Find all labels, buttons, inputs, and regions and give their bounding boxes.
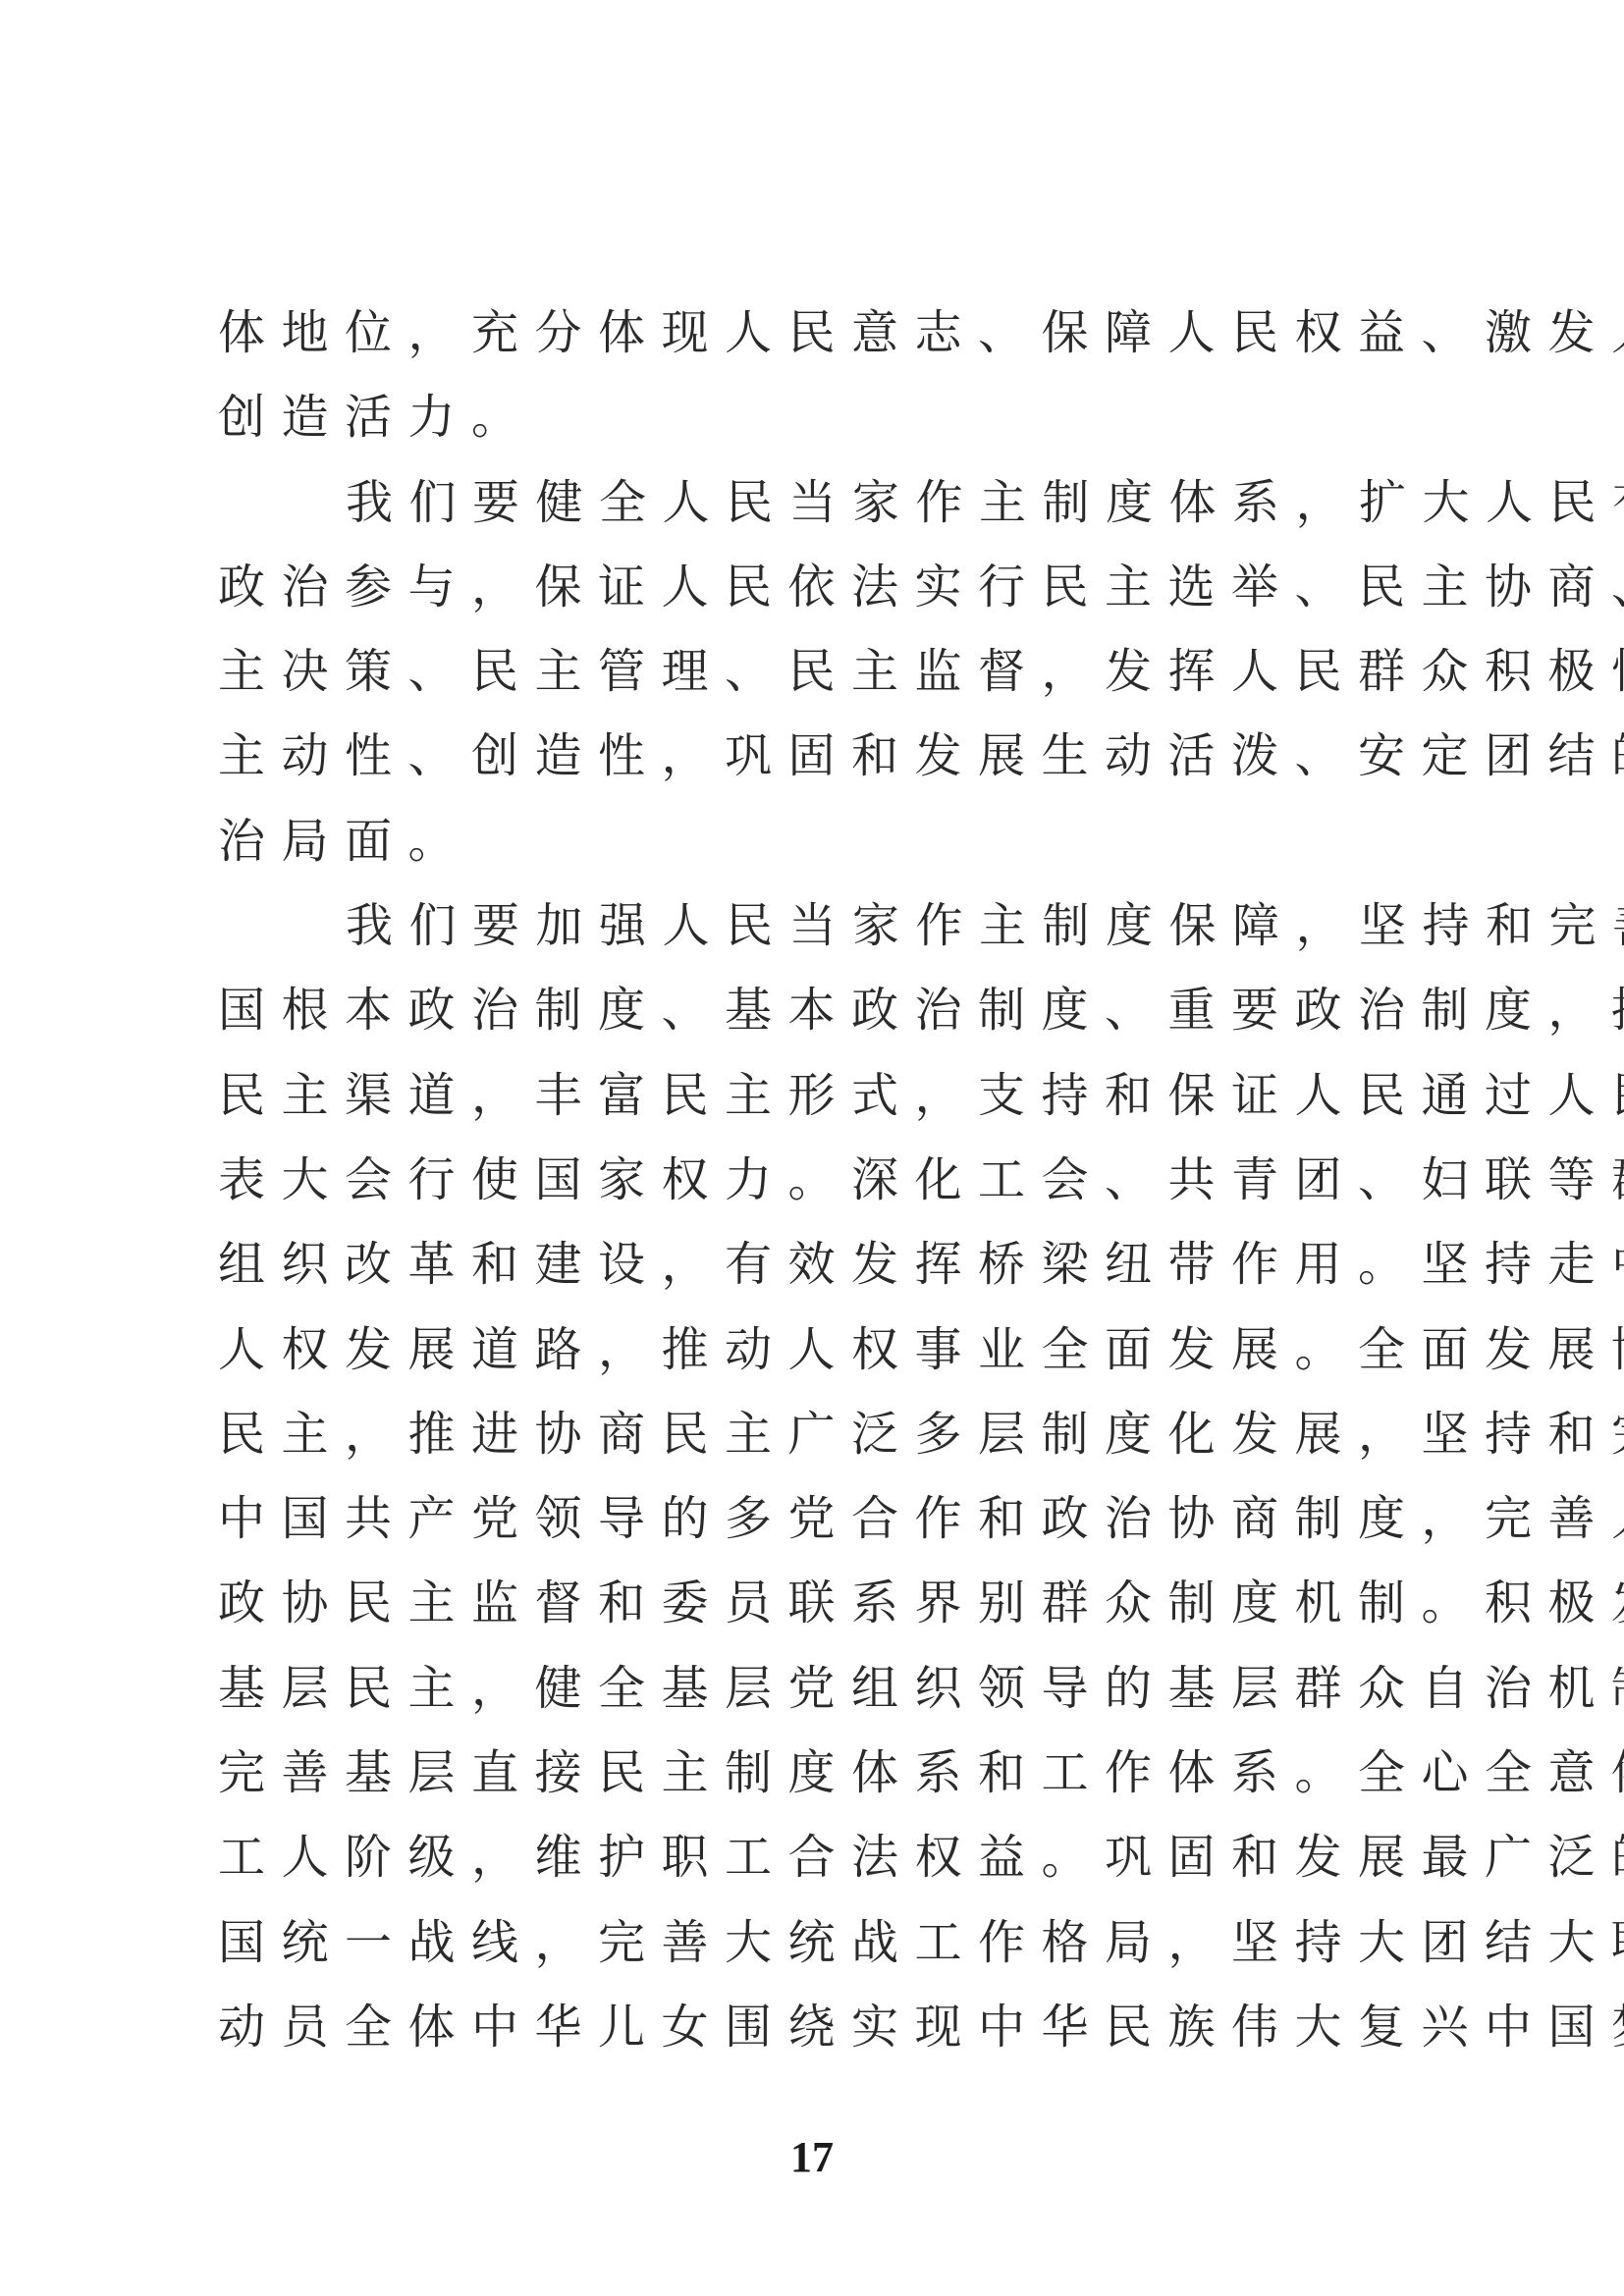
text-line: 体地位，充分体现人民意志、保障人民权益、激发人民 [218,291,1435,375]
text-line: 动员全体中华儿女围绕实现中华民族伟大复兴中国梦一 [218,1985,1435,2069]
body-text: 体地位，充分体现人民意志、保障人民权益、激发人民 创造活力。 我们要健全人民当家… [218,291,1435,2069]
text-line: 完善基层直接民主制度体系和工作体系。全心全意依靠 [218,1731,1435,1815]
document-page: 体地位，充分体现人民意志、保障人民权益、激发人民 创造活力。 我们要健全人民当家… [0,0,1624,2296]
text-line: 我们要加强人民当家作主制度保障，坚持和完善我 [218,883,1435,968]
text-line: 政协民主监督和委员联系界别群众制度机制。积极发展 [218,1561,1435,1645]
text-line: 表大会行使国家权力。深化工会、共青团、妇联等群团 [218,1138,1435,1222]
text-line: 国根本政治制度、基本政治制度、重要政治制度，拓展 [218,968,1435,1052]
text-line: 人权发展道路，推动人权事业全面发展。全面发展协商 [218,1308,1435,1392]
text-line: 民主，推进协商民主广泛多层制度化发展，坚持和完善 [218,1392,1435,1476]
text-line: 创造活力。 [218,375,1435,459]
text-line: 治局面。 [218,799,1435,883]
text-line: 我们要健全人民当家作主制度体系，扩大人民有序 [218,460,1435,545]
text-line: 组织改革和建设，有效发挥桥梁纽带作用。坚持走中国 [218,1222,1435,1307]
text-line: 主决策、民主管理、民主监督，发挥人民群众积极性、 [218,629,1435,714]
text-line: 中国共产党领导的多党合作和政治协商制度，完善人民 [218,1476,1435,1561]
text-line: 主动性、创造性，巩固和发展生动活泼、安定团结的政 [218,714,1435,798]
text-line: 民主渠道，丰富民主形式，支持和保证人民通过人民代 [218,1053,1435,1138]
text-line: 国统一战线，完善大统战工作格局，坚持大团结大联合， [218,1900,1435,1985]
page-number: 17 [0,2132,1624,2182]
text-line: 基层民主，健全基层党组织领导的基层群众自治机制， [218,1646,1435,1731]
text-line: 工人阶级，维护职工合法权益。巩固和发展最广泛的爱 [218,1815,1435,1899]
text-line: 政治参与，保证人民依法实行民主选举、民主协商、民 [218,545,1435,629]
